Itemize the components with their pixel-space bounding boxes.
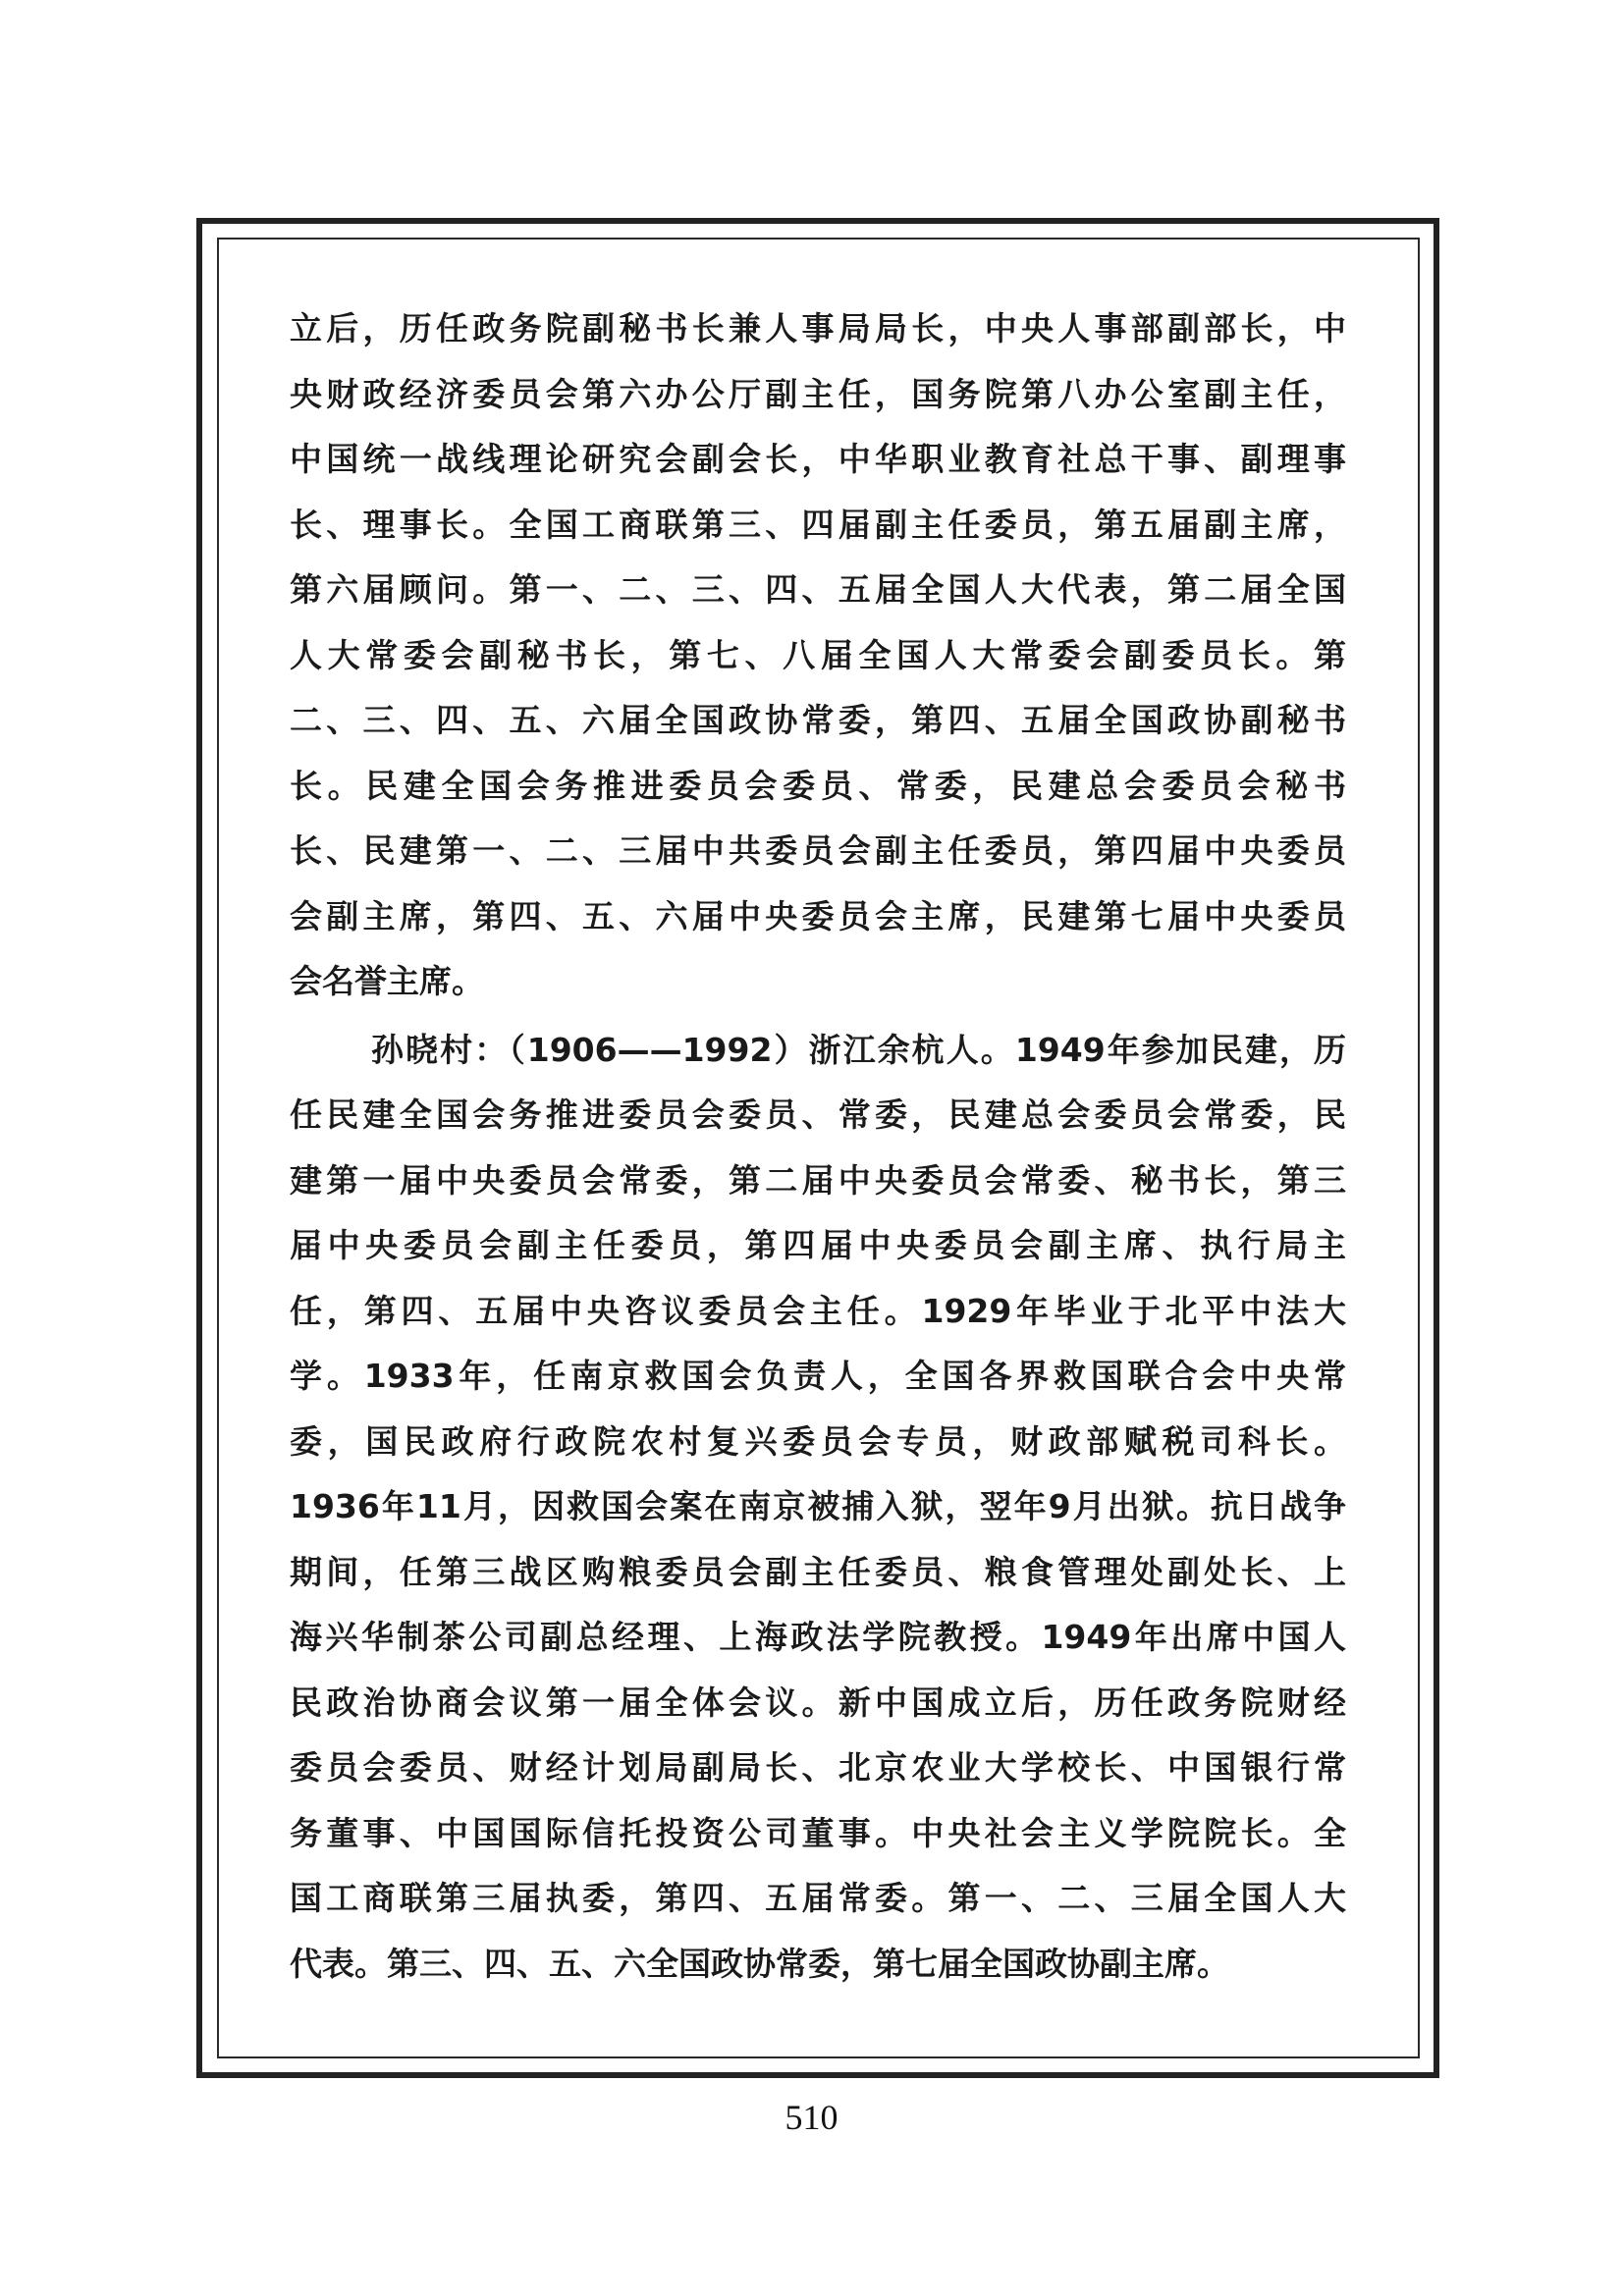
- text-line: 代表。第三、四、五、六全国政协常委，第七届全国政协副主席。: [290, 1942, 1346, 2007]
- text-line: 期间，任第三战区购粮委员会副主任委员、粮食管理处副处长、上: [290, 1550, 1346, 1616]
- text-line: 央财政经济委员会第六办公厅副主任，国务院第八办公室副主任，: [290, 372, 1346, 438]
- text-line-first: 孙晓村：（1906——1992）浙江余杭人。1949年参加民建，历: [290, 1028, 1346, 1094]
- text-line: 会副主席，第四、五、六届中央委员会主席，民建第七届中央委员: [290, 894, 1346, 960]
- text-line: 国工商联第三届执委，第四、五届常委。第一、二、三届全国人大: [290, 1876, 1346, 1942]
- text-line: 长、理事长。全国工商联第三、四届副主任委员，第五届副主席，: [290, 503, 1346, 568]
- text-line: 海兴华制茶公司副总经理、上海政法学院教授。1949年出席中国人: [290, 1615, 1346, 1681]
- text-line: 二、三、四、五、六届全国政协常委，第四、五届全国政协副秘书: [290, 698, 1346, 764]
- text-line: 务董事、中国国际信托投资公司董事。中央社会主义学院院长。全: [290, 1811, 1346, 1877]
- text-line: 委，国民政府行政院农村复兴委员会专员，财政部赋税司科长。: [290, 1419, 1346, 1485]
- text-line: 学。1933年，任南京救国会负责人，全国各界救国联合会中央常: [290, 1354, 1346, 1419]
- biography-text: 立后，历任政务院副秘书长兼人事局局长，中央人事部副部长，中 央财政经济委员会第六…: [290, 306, 1346, 2006]
- text-line: 1936年11月，因救国会案在南京被捕入狱，翌年9月出狱。抗日战争: [290, 1484, 1346, 1550]
- paragraph-2: 孙晓村：（1906——1992）浙江余杭人。1949年参加民建，历 任民建全国会…: [290, 1028, 1346, 2007]
- text-line: 中国统一战线理论研究会副会长，中华职业教育社总干事、副理事: [290, 437, 1346, 503]
- text-line: 任民建全国会务推进委员会委员、常委，民建总会委员会常委，民: [290, 1093, 1346, 1158]
- text-line: 会名誉主席。: [290, 959, 1346, 1025]
- text-line: 人大常委会副秘书长，第七、八届全国人大常委会副委员长。第: [290, 633, 1346, 699]
- text-line: 任，第四、五届中央咨议委员会主任。1929年毕业于北平中法大: [290, 1289, 1346, 1355]
- text-line: 建第一届中央委员会常委，第二届中央委员会常委、秘书长，第三: [290, 1158, 1346, 1224]
- paragraph-1: 立后，历任政务院副秘书长兼人事局局长，中央人事部副部长，中 央财政经济委员会第六…: [290, 306, 1346, 1025]
- person-name: 孙晓村：: [371, 1031, 509, 1069]
- text-line: 民政治协商会议第一届全体会议。新中国成立后，历任政务院财经: [290, 1681, 1346, 1746]
- text-line: 委员会委员、财经计划局副局长、北京农业大学校长、中国银行常: [290, 1745, 1346, 1811]
- text-line: 长。民建全国会务推进委员会委员、常委，民建总会委员会秘书: [290, 764, 1346, 829]
- text-line: 立后，历任政务院副秘书长兼人事局局长，中央人事部副部长，中: [290, 306, 1346, 372]
- text-line-rest: （1906——1992）浙江余杭人。1949年参加民建，历: [509, 1031, 1346, 1069]
- page-number: 510: [0, 2097, 1623, 2138]
- text-line: 届中央委员会副主任委员，第四届中央委员会副主席、执行局主: [290, 1223, 1346, 1289]
- text-line: 长、民建第一、二、三届中共委员会副主任委员，第四届中央委员: [290, 828, 1346, 894]
- text-line: 第六届顾问。第一、二、三、四、五届全国人大代表，第二届全国: [290, 567, 1346, 633]
